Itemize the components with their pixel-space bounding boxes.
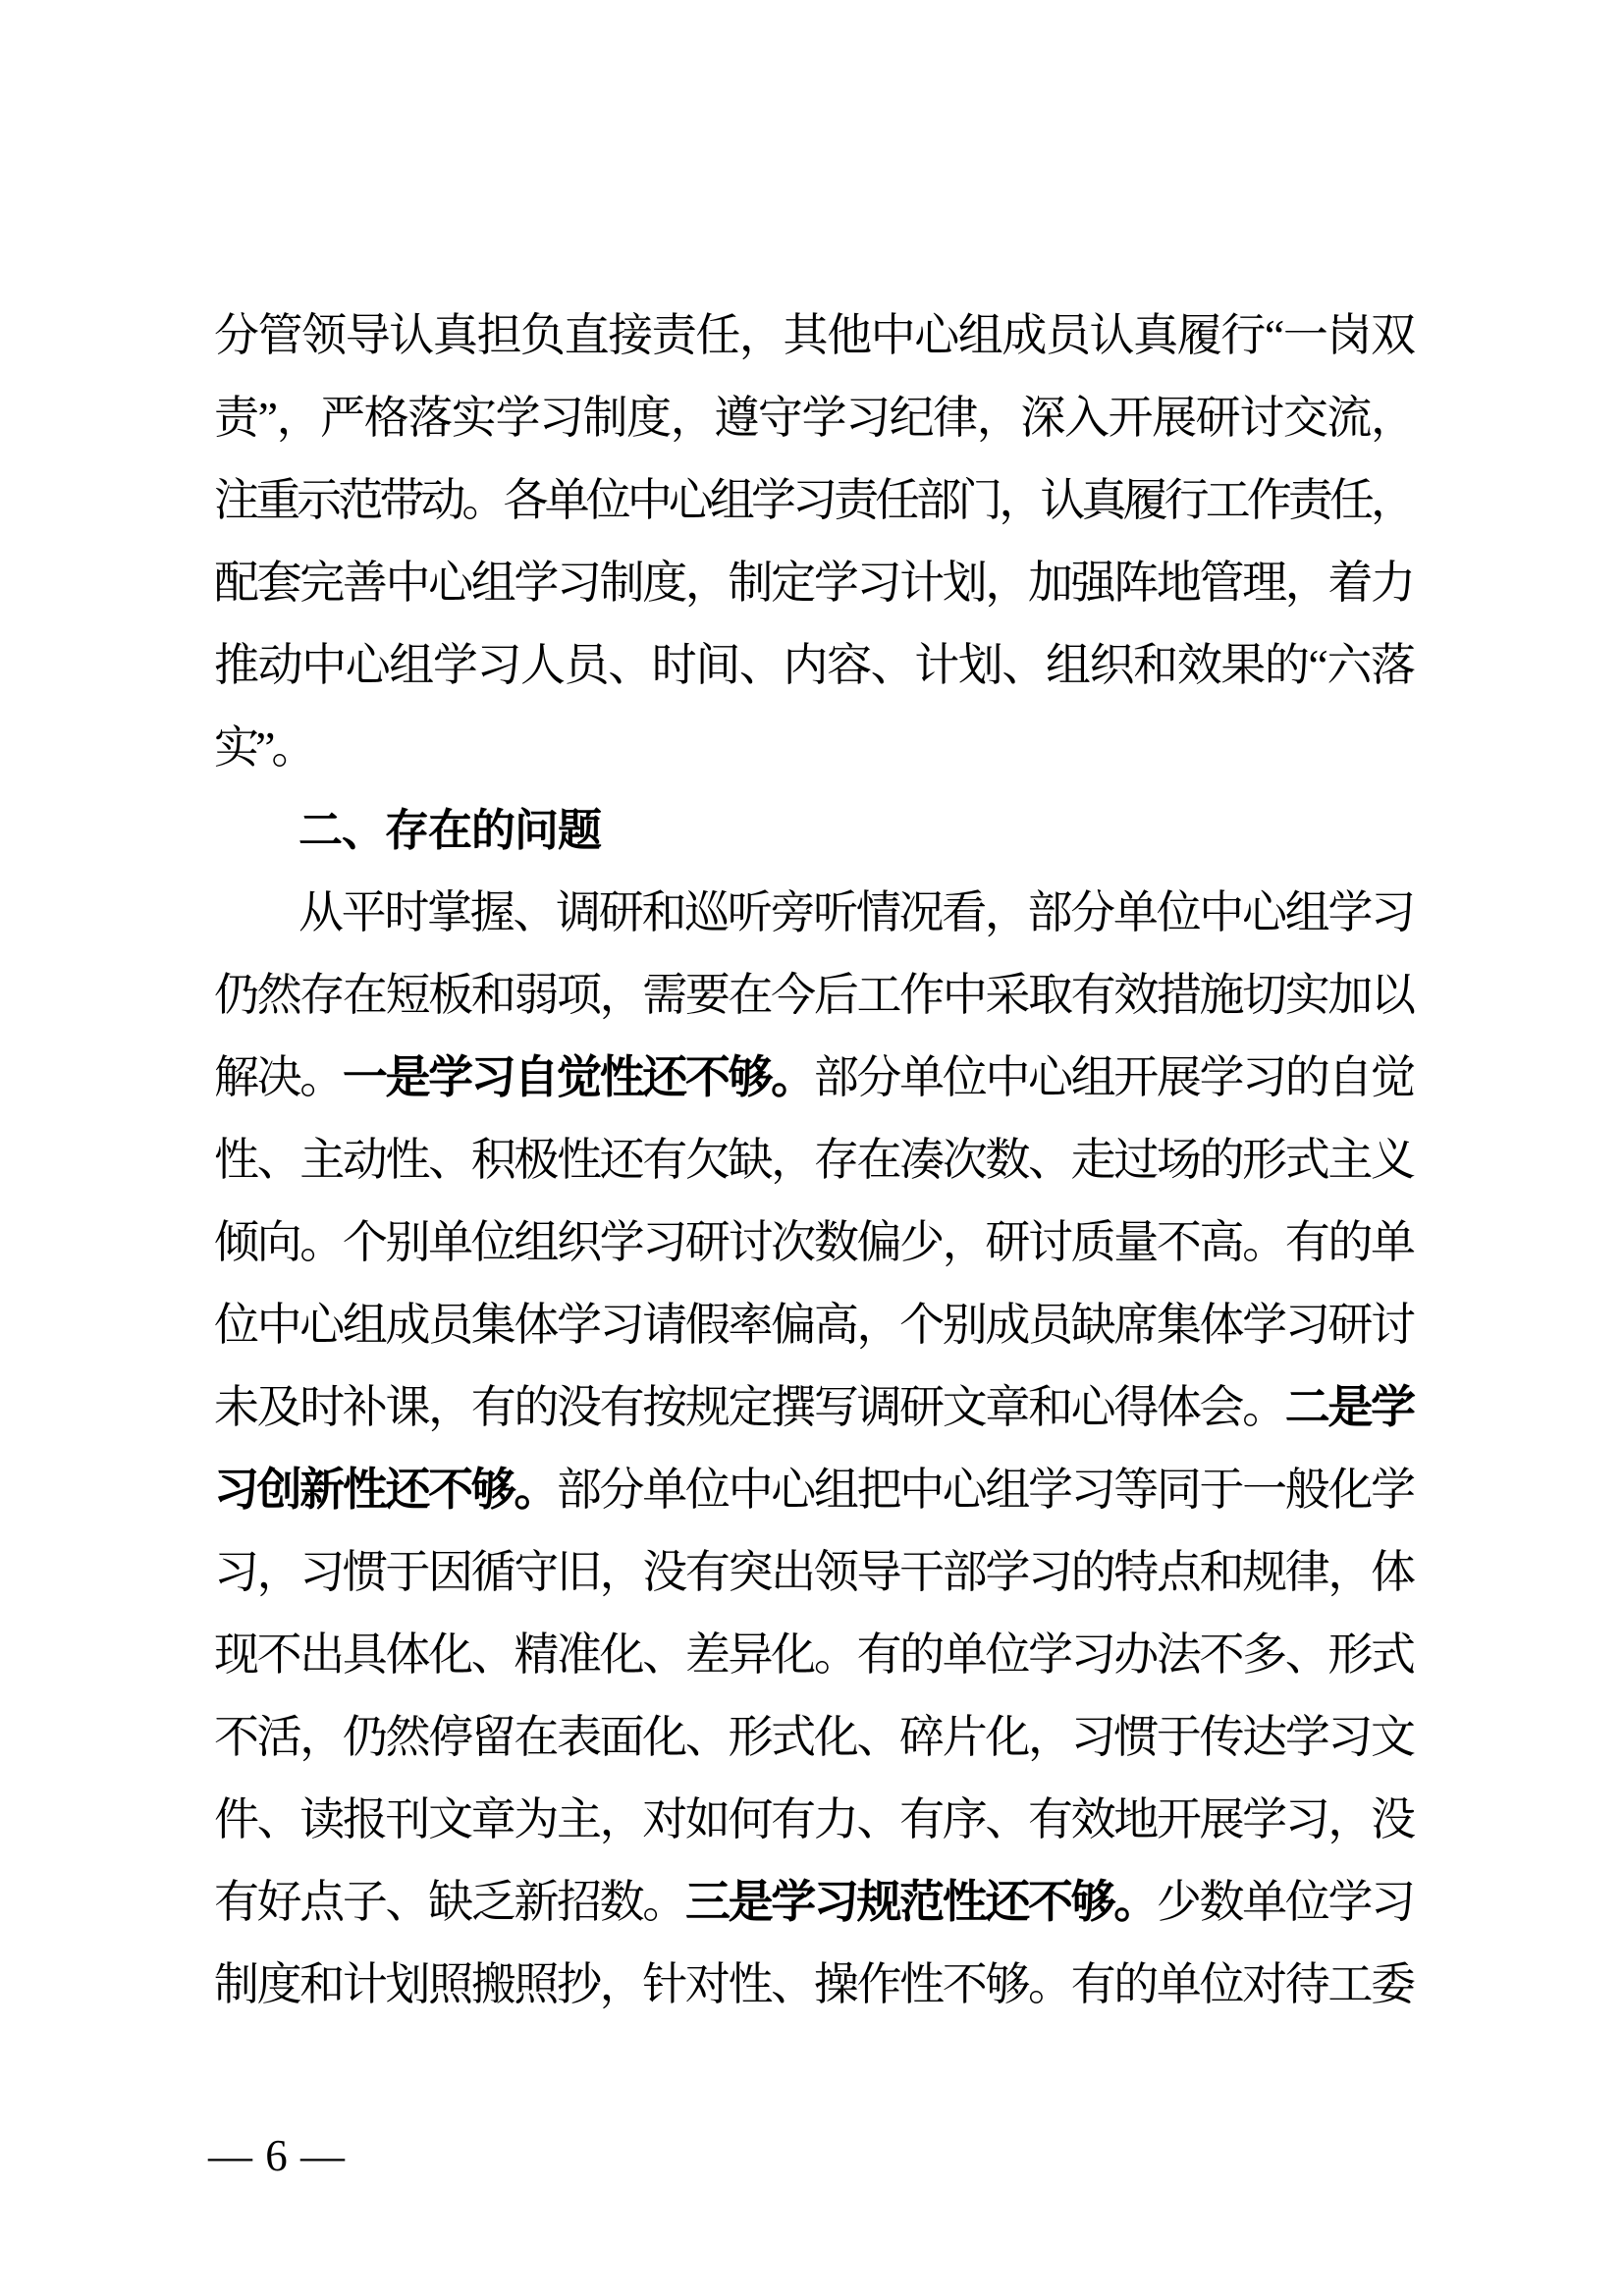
text-line: 推动中心组学习人员、时间、内容、计划、组织和效果的“六落 (214, 624, 1412, 707)
text-run: 未及时补课，有的没有按规定撰写调研文章和心得体会。 (214, 1382, 1285, 1432)
text-run: 从平时掌握、调研和巡听旁听情况看，部分单位中心组学习 (298, 887, 1412, 937)
text-line: 有好点子、缺乏新招数。三是学习规范性还不够。少数单位学习 (214, 1861, 1412, 1944)
emphasis-text-run: 二、存在的问题 (298, 805, 601, 855)
text-run: 件、读报刊文章为主，对如何有力、有序、有效地开展学习，没 (214, 1794, 1412, 1844)
emphasis-text-run: 习创新性还不够。 (214, 1465, 557, 1515)
text-run: 倾向。个别单位组织学习研讨次数偏少，研讨质量不高。有的单 (214, 1217, 1412, 1267)
text-line: 责”，严格落实学习制度，遵守学习纪律，深入开展研讨交流， (214, 377, 1412, 459)
text-line: 解决。一是学习自觉性还不够。部分单位中心组开展学习的自觉 (214, 1037, 1412, 1119)
text-run: 推动中心组学习人员、时间、内容、计划、组织和效果的“六落 (214, 640, 1412, 690)
emphasis-text-run: 二是学 (1285, 1382, 1412, 1432)
text-line: 实”。 (214, 707, 1412, 789)
text-run: 现不出具体化、精准化、差异化。有的单位学习办法不多、形式 (214, 1629, 1412, 1680)
text-run: 有好点子、缺乏新招数。 (214, 1877, 685, 1927)
text-run: 实”。 (214, 722, 312, 773)
text-line: 性、主动性、积极性还有欠缺，存在凑次数、走过场的形式主义 (214, 1119, 1412, 1201)
emphasis-text-run: 一是学习自觉性还不够。 (343, 1052, 814, 1102)
document-page: 分管领导认真担负直接责任，其他中心组成员认真履行“一岗双责”，严格落实学习制度，… (0, 0, 1624, 2296)
text-run: 责”，严格落实学习制度，遵守学习纪律，深入开展研讨交流， (214, 393, 1412, 443)
text-line: 配套完善中心组学习制度，制定学习计划，加强阵地管理，着力 (214, 542, 1412, 624)
text-run: 性、主动性、积极性还有欠缺，存在凑次数、走过场的形式主义 (214, 1135, 1412, 1185)
text-line: 仍然存在短板和弱项，需要在今后工作中采取有效措施切实加以 (214, 954, 1412, 1037)
text-line: 未及时补课，有的没有按规定撰写调研文章和心得体会。二是学 (214, 1366, 1412, 1449)
text-run: 少数单位学习 (1157, 1877, 1412, 1927)
text-run: 制度和计划照搬照抄，针对性、操作性不够。有的单位对待工委 (214, 1959, 1412, 2009)
text-line: 分管领导认真担负直接责任，其他中心组成员认真履行“一岗双 (214, 294, 1412, 377)
text-line: 从平时掌握、调研和巡听旁听情况看，部分单位中心组学习 (214, 872, 1412, 954)
paragraph-lines: 分管领导认真担负直接责任，其他中心组成员认真履行“一岗双责”，严格落实学习制度，… (214, 294, 1412, 2026)
text-run: 注重示范带动。各单位中心组学习责任部门，认真履行工作责任， (214, 475, 1412, 525)
text-run: 解决。 (214, 1052, 343, 1102)
emphasis-text-run: 三是学习规范性还不够。 (685, 1877, 1157, 1927)
text-run: 部分单位中心组把中心组学习等同于一般化学 (557, 1465, 1412, 1515)
text-run: 仍然存在短板和弱项，需要在今后工作中采取有效措施切实加以 (214, 970, 1412, 1020)
page-number: — 6 — (208, 2131, 346, 2180)
text-run: 配套完善中心组学习制度，制定学习计划，加强阵地管理，着力 (214, 558, 1412, 608)
text-run: 分管领导认真担负直接责任，其他中心组成员认真履行“一岗双 (214, 310, 1412, 360)
text-run: 位中心组成员集体学习请假率偏高，个别成员缺席集体学习研讨 (214, 1300, 1412, 1350)
text-line: 习创新性还不够。部分单位中心组把中心组学习等同于一般化学 (214, 1449, 1412, 1531)
text-run: 习，习惯于因循守旧，没有突出领导干部学习的特点和规律，体 (214, 1547, 1412, 1597)
text-line: 位中心组成员集体学习请假率偏高，个别成员缺席集体学习研讨 (214, 1284, 1412, 1366)
text-line: 注重示范带动。各单位中心组学习责任部门，认真履行工作责任， (214, 459, 1412, 542)
text-line: 现不出具体化、精准化、差异化。有的单位学习办法不多、形式 (214, 1614, 1412, 1696)
section-heading: 二、存在的问题 (214, 789, 1412, 872)
text-line: 习，习惯于因循守旧，没有突出领导干部学习的特点和规律，体 (214, 1531, 1412, 1614)
text-line: 不活，仍然停留在表面化、形式化、碎片化，习惯于传达学习文 (214, 1696, 1412, 1779)
document-body: 分管领导认真担负直接责任，其他中心组成员认真履行“一岗双责”，严格落实学习制度，… (214, 294, 1412, 2026)
text-run: 部分单位中心组开展学习的自觉 (814, 1052, 1412, 1102)
text-line: 制度和计划照搬照抄，针对性、操作性不够。有的单位对待工委 (214, 1944, 1412, 2026)
text-run: 不活，仍然停留在表面化、形式化、碎片化，习惯于传达学习文 (214, 1712, 1412, 1762)
page-footer: — 6 — (208, 2126, 346, 2185)
text-line: 倾向。个别单位组织学习研讨次数偏少，研讨质量不高。有的单 (214, 1201, 1412, 1284)
text-line: 件、读报刊文章为主，对如何有力、有序、有效地开展学习，没 (214, 1779, 1412, 1861)
